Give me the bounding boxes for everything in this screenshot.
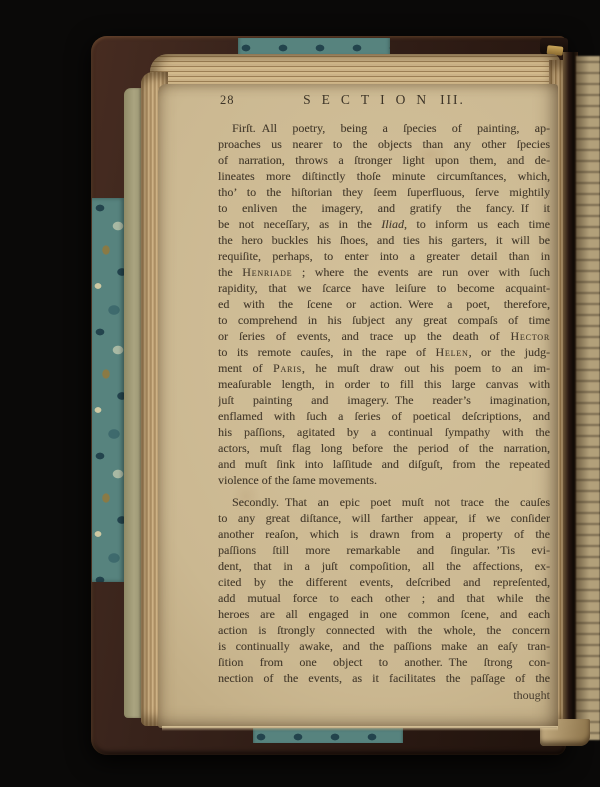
text-line: ed with the ſcene or action. Were a poet…	[218, 296, 550, 312]
text-line: to comprehend in his ſubject any great c…	[218, 312, 550, 328]
text-line: requiſite, perhaps, to enter into a grea…	[218, 248, 550, 264]
text-line: the hero buckles his ſhoes, and ties his…	[218, 232, 550, 248]
text-line: nection of the events, as it facilitates…	[218, 670, 550, 686]
small-caps-name: Paris	[273, 361, 302, 375]
italic-word: Iliad	[381, 217, 404, 231]
text-line: or ſeries of events, and trace up the de…	[218, 328, 550, 344]
text-line: heroes are all engaged in one common ſce…	[218, 606, 550, 622]
section-heading: SECTIONIII.	[218, 92, 550, 108]
text-line: rapidity, that we ſcarce have leiſure to…	[218, 280, 550, 296]
photo-of-open-book: 28 SECTIONIII. Firſt. All poetry, being …	[0, 0, 600, 787]
text-line: proaches us nearer to the objects than a…	[218, 136, 550, 152]
text-line: his paſſions, agitated by a continual ſy…	[218, 424, 550, 440]
text-line: dent, that in a juſt compoſition, all th…	[218, 558, 550, 574]
book-page: 28 SECTIONIII. Firſt. All poetry, being …	[158, 84, 558, 728]
small-caps-name: Helen	[435, 345, 468, 359]
text-line: action is ſtrongly connected with the wh…	[218, 622, 550, 638]
text-line: violence of the ſame movements.	[218, 472, 550, 488]
text-line: and muſt ſink into laſſitude and diſguſt…	[218, 456, 550, 472]
section-title: SECTION	[303, 92, 437, 107]
facing-page-sliver	[576, 56, 600, 740]
text-line: ſition from one object to another. The ſ…	[218, 654, 550, 670]
text-line: ment of Paris, he muſt draw out his poem…	[218, 360, 550, 376]
text-line: cited by the different events, deſcribed…	[218, 574, 550, 590]
text-line: lineates more diſtinctly thoſe minute ci…	[218, 168, 550, 184]
small-caps-name: Hector	[510, 329, 550, 343]
text-line: be not neceſſary, as in the Iliad, to in…	[218, 216, 550, 232]
text-line: juſt painting and imagery. The reader’s …	[218, 392, 550, 408]
marbled-board-left	[92, 198, 125, 582]
text-line: Secondly. That an epic poet muſt not tra…	[218, 494, 550, 510]
text-line: paſſions ſtill more remarkable and ſingu…	[218, 542, 550, 558]
text-line: another reaſon, which is drawn from a pr…	[218, 526, 550, 542]
catchword: thought	[218, 688, 550, 704]
text-line: meaſurable length, in order to fill this…	[218, 376, 550, 392]
text-line: to any great diſtance, will farther appe…	[218, 510, 550, 526]
page-bottom-edge-highlight	[162, 726, 558, 731]
text-line: to its remote cauſes, in the rape of Hel…	[218, 344, 550, 360]
text-line: add mutual force to each other ; and tha…	[218, 590, 550, 606]
text-line: enflamed with ſuch a ſeries of poetical …	[218, 408, 550, 424]
text-line: is continually awake, and the paſſions m…	[218, 638, 550, 654]
text-line: to enliven the imagery, and gratify the …	[218, 200, 550, 216]
text-line: of narration, throws a ſtronger light up…	[218, 152, 550, 168]
paragraph-1: Firſt. All poetry, being a ſpecies of pa…	[218, 120, 550, 488]
text-line: the Henriade ; where the events are run …	[218, 264, 550, 280]
page-number: 28	[220, 93, 235, 108]
running-header: 28 SECTIONIII.	[218, 92, 550, 108]
small-caps-name: Henriade	[242, 265, 292, 279]
paragraph-2: Secondly. That an epic poet muſt not tra…	[218, 494, 550, 686]
text-block: 28 SECTIONIII. Firſt. All poetry, being …	[218, 92, 550, 704]
endpaper-edge	[124, 88, 142, 718]
text-line: Firſt. All poetry, being a ſpecies of pa…	[218, 120, 550, 136]
text-line: tho’ to the hiſtorian they ſeem ſuperflu…	[218, 184, 550, 200]
text-line: actors, muſt flag long before the period…	[218, 440, 550, 456]
section-numeral: III.	[440, 92, 465, 107]
body-text: Firſt. All poetry, being a ſpecies of pa…	[218, 120, 550, 686]
